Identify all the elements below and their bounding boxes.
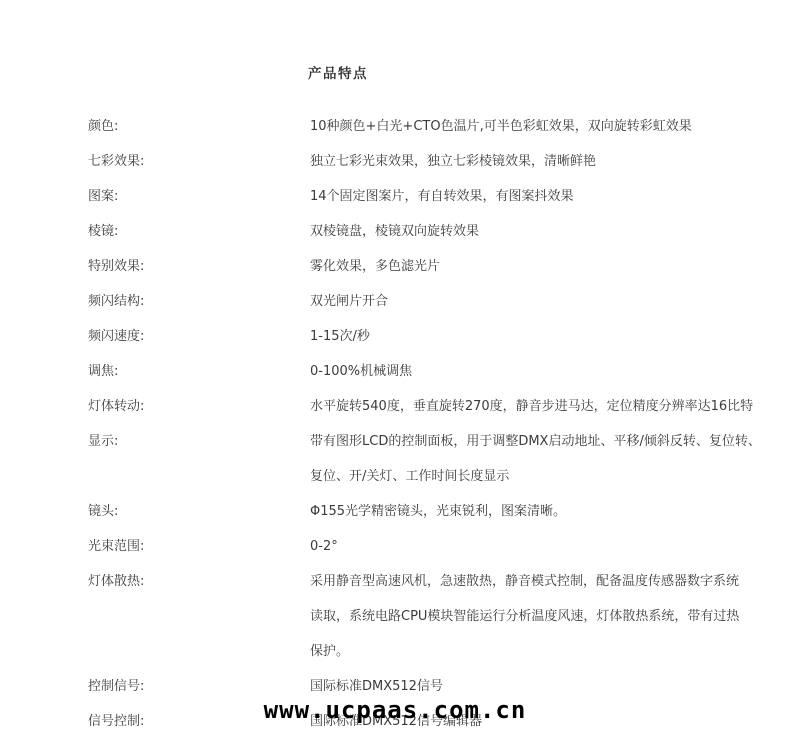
spec-value: 雾化效果，多色滤光片 <box>310 249 740 284</box>
spec-row: 镜头: Φ155光学精密镜头，光束锐利，图案清晰。 <box>88 494 748 529</box>
spec-row: 频闪速度: 1-15次/秒 <box>88 319 748 354</box>
spec-label: 频闪速度: <box>88 319 310 354</box>
spec-row: 频闪结构: 双光闸片开合 <box>88 284 748 319</box>
spec-value: 10种颜色+白光+CTO色温片,可半色彩虹效果，双向旋转彩虹效果 <box>310 109 740 144</box>
spec-value: Φ155光学精密镜头，光束锐利，图案清晰。 <box>310 494 740 529</box>
spec-label: 特别效果: <box>88 249 310 284</box>
spec-value: 采用静音型高速风机，急速散热，静音模式控制，配备温度传感器数字系统 读取，系统电… <box>310 564 740 669</box>
spec-row: 灯体散热: 采用静音型高速风机，急速散热，静音模式控制，配备温度传感器数字系统 … <box>88 564 748 669</box>
spec-value: 带有图形LCD的控制面板，用于调整DMX启动地址、平移/倾斜反转、复位转、 复位… <box>310 424 740 494</box>
spec-label: 图案: <box>88 179 310 214</box>
spec-row: 棱镜: 双棱镜盘，棱镜双向旋转效果 <box>88 214 748 249</box>
spec-label: 颜色: <box>88 109 310 144</box>
spec-label: 显示: <box>88 424 310 459</box>
spec-label: 频闪结构: <box>88 284 310 319</box>
spec-value: 双棱镜盘，棱镜双向旋转效果 <box>310 214 740 249</box>
watermark: www.ucpaas.com.cn <box>264 696 527 724</box>
spec-value: 水平旋转540度，垂直旋转270度，静音步进马达，定位精度分辨率达16比特 <box>310 389 740 424</box>
spec-row: 特别效果: 雾化效果，多色滤光片 <box>88 249 748 284</box>
spec-label: 光束范围: <box>88 529 310 564</box>
spec-value: 独立七彩光束效果，独立七彩棱镜效果，清晰鲜艳 <box>310 144 740 179</box>
spec-value: 双光闸片开合 <box>310 284 740 319</box>
spec-row: 调焦: 0-100%机械调焦 <box>88 354 748 389</box>
spec-value: 14个固定图案片，有自转效果，有图案抖效果 <box>310 179 740 214</box>
spec-row: 光束范围: 0-2° <box>88 529 748 564</box>
page-title: 产品特点 <box>308 62 368 82</box>
spec-value: 0-2° <box>310 529 740 564</box>
spec-page: { "page": { "title": "产品特点", "watermark"… <box>0 0 790 733</box>
spec-table: 颜色: 10种颜色+白光+CTO色温片,可半色彩虹效果，双向旋转彩虹效果 七彩效… <box>88 109 748 733</box>
spec-row: 灯体转动: 水平旋转540度，垂直旋转270度，静音步进马达，定位精度分辨率达1… <box>88 389 748 424</box>
spec-label: 七彩效果: <box>88 144 310 179</box>
spec-label: 灯体转动: <box>88 389 310 424</box>
spec-row: 颜色: 10种颜色+白光+CTO色温片,可半色彩虹效果，双向旋转彩虹效果 <box>88 109 748 144</box>
spec-row: 七彩效果: 独立七彩光束效果，独立七彩棱镜效果，清晰鲜艳 <box>88 144 748 179</box>
spec-value: 0-100%机械调焦 <box>310 354 740 389</box>
spec-label: 棱镜: <box>88 214 310 249</box>
spec-row: 图案: 14个固定图案片，有自转效果，有图案抖效果 <box>88 179 748 214</box>
spec-row: 显示: 带有图形LCD的控制面板，用于调整DMX启动地址、平移/倾斜反转、复位转… <box>88 424 748 494</box>
spec-label: 灯体散热: <box>88 564 310 599</box>
spec-label: 调焦: <box>88 354 310 389</box>
spec-label: 镜头: <box>88 494 310 529</box>
spec-value: 1-15次/秒 <box>310 319 740 354</box>
